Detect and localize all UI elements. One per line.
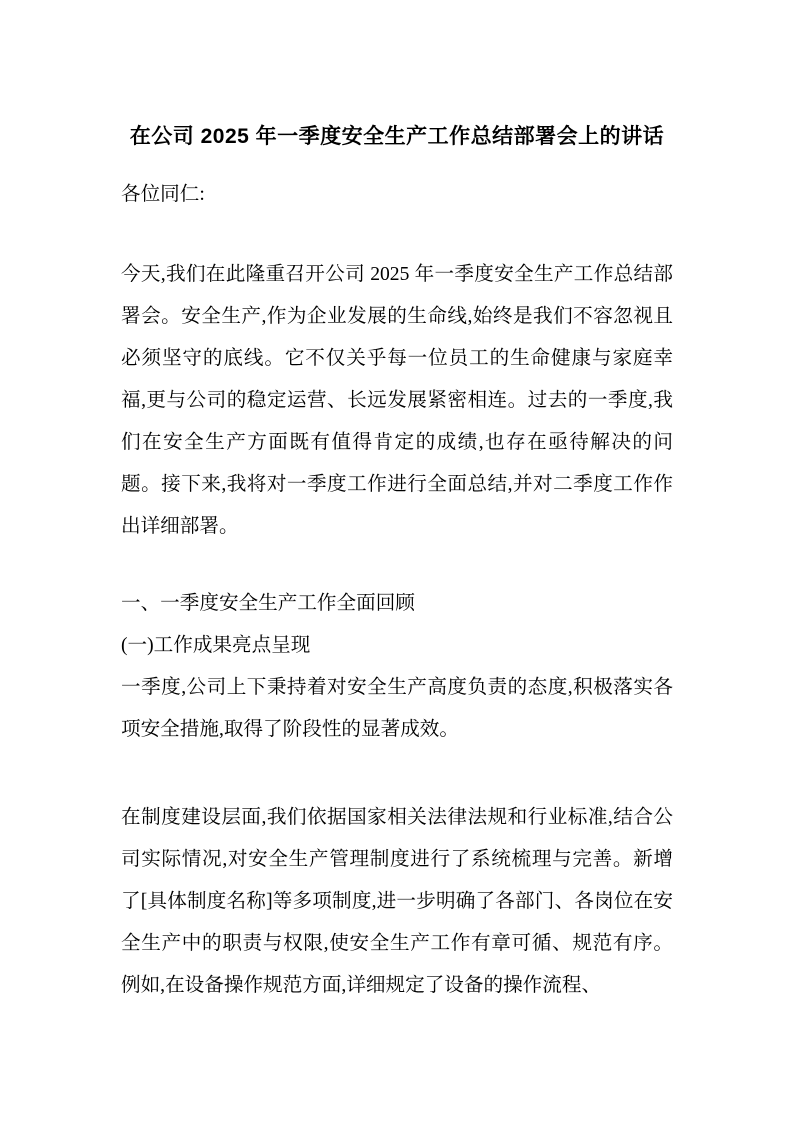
page-title: 在公司 2025 年一季度安全生产工作总结部署会上的讲话	[121, 115, 673, 158]
paragraph-intro: 今天,我们在此隆重召开公司 2025 年一季度安全生产工作总结部署会。安全生产,…	[121, 254, 673, 548]
paragraph-achievements-summary: 一季度,公司上下秉持着对安全生产高度负责的态度,积极落实各项安全措施,取得了阶段…	[121, 667, 673, 751]
document-page: 在公司 2025 年一季度安全生产工作总结部署会上的讲话 各位同仁: 今天,我们…	[0, 0, 793, 1122]
paragraph-system-building: 在制度建设层面,我们依据国家相关法律法规和行业标准,结合公司实际情况,对安全生产…	[121, 797, 673, 1007]
subsection-heading-achievements: (一)工作成果亮点呈现	[121, 625, 673, 667]
greeting-line: 各位同仁:	[121, 174, 673, 216]
section-heading-quarter-review: 一、一季度安全生产工作全面回顾	[121, 583, 673, 625]
